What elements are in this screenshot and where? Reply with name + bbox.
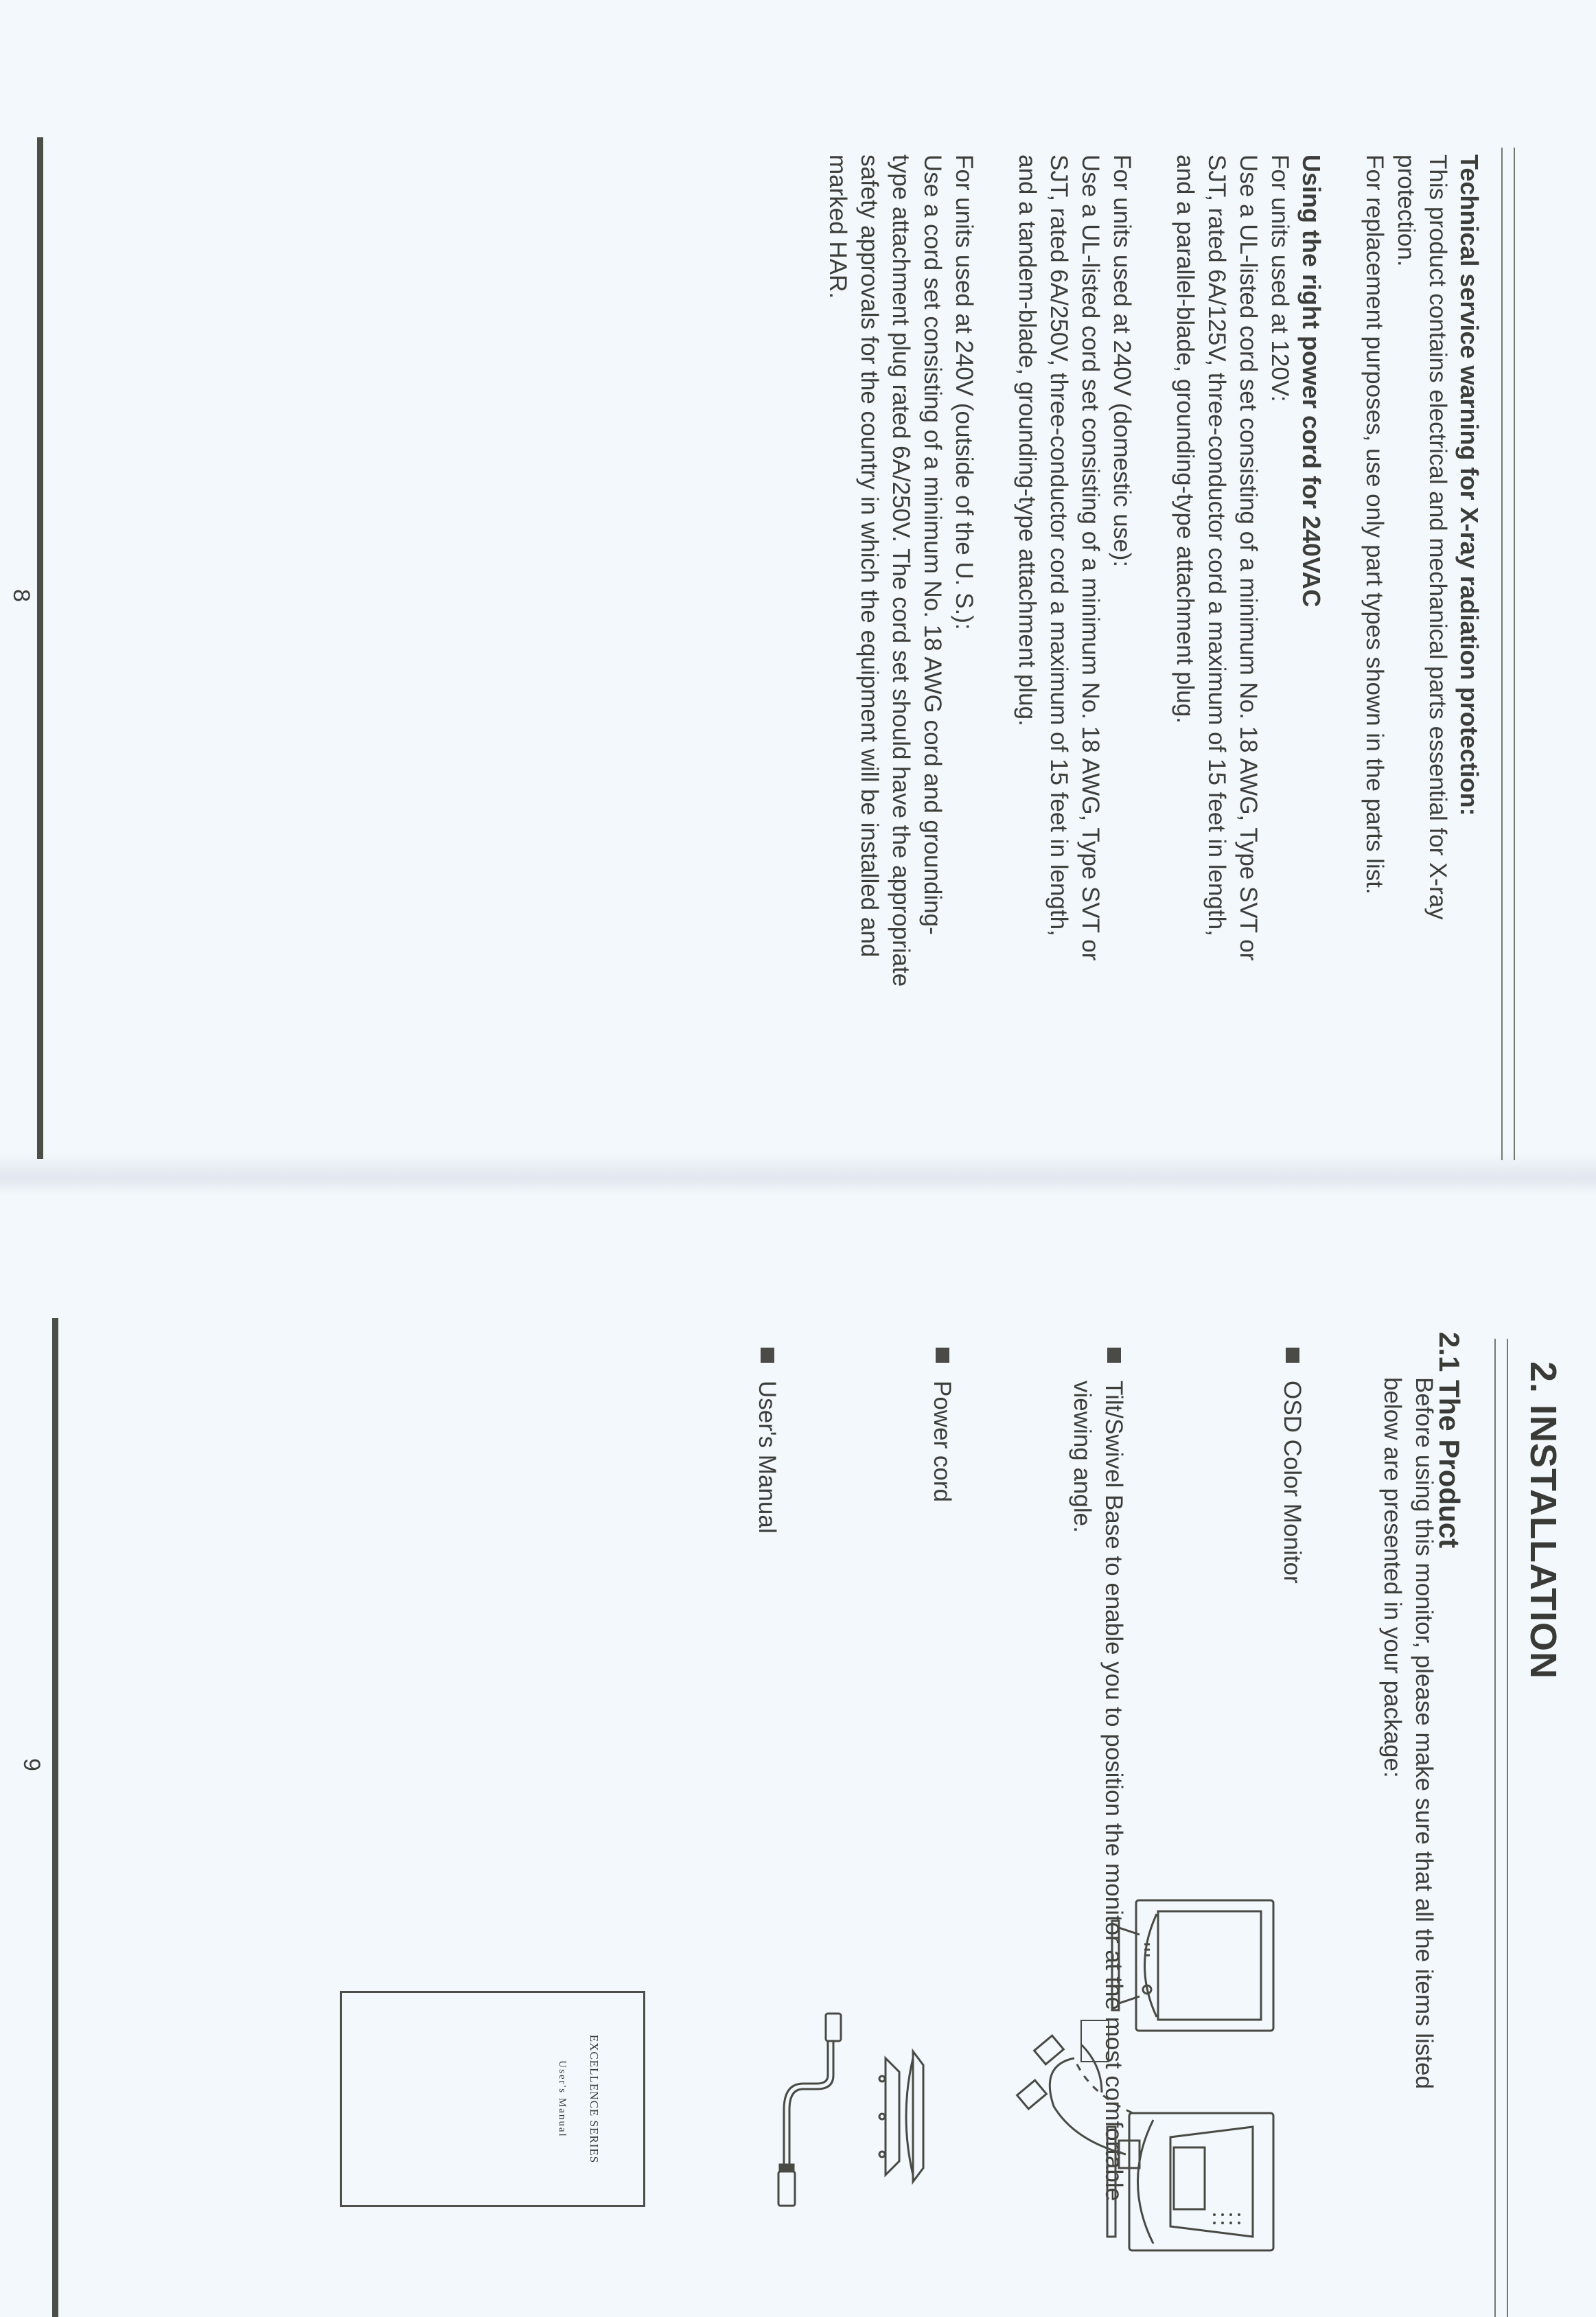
page-9: 2. INSTALLATION 2.1 The Product Before u… bbox=[0, 1159, 1596, 2317]
cord-line: and a parallel-blade, grounding-type att… bbox=[1169, 154, 1201, 1129]
users-manual-illustration: EXCELLENCE SERIES User's Manual bbox=[340, 1991, 645, 2207]
power-cord-heading: Using the right power cord for 240VAC bbox=[1295, 154, 1327, 1129]
cord-line: For units used at 240V (outside of the U… bbox=[948, 154, 980, 1129]
xray-warning-section: Technical service warning for X-ray radi… bbox=[1358, 154, 1485, 1129]
cord-line: and a tandem-blade, grounding-type attac… bbox=[1011, 154, 1043, 1129]
item-label: Power cord bbox=[926, 1381, 958, 2239]
cord-line: SJT, rated 6A/125V, three-conductor cord… bbox=[1201, 154, 1232, 1129]
cord-line: SJT, rated 6A/250V, three-conductor cord… bbox=[1043, 154, 1074, 1129]
cord-line: Use a UL-listed cord set consisting of a… bbox=[1232, 154, 1264, 1129]
xray-line: For replacement purposes, use only part … bbox=[1358, 154, 1390, 1129]
xray-warning-heading: Technical service warning for X-ray radi… bbox=[1453, 154, 1485, 1129]
cord-line: safety approvals for the country in whic… bbox=[853, 154, 885, 1129]
footer-rule bbox=[37, 137, 43, 1159]
square-bullet-icon bbox=[761, 1348, 774, 1363]
cord-line: For units used at 120V: bbox=[1264, 154, 1295, 1129]
power-cord-illustration bbox=[755, 2000, 858, 2220]
square-bullet-icon bbox=[1107, 1348, 1121, 1363]
power-cord-240v-domestic-section: For units used at 240V (domestic use): U… bbox=[1011, 154, 1137, 1129]
page-8-body: Technical service warning for X-ray radi… bbox=[790, 154, 1485, 1129]
square-bullet-icon bbox=[936, 1348, 949, 1363]
cord-line: marked HAR. bbox=[822, 154, 853, 1129]
manual-cover-title: EXCELLENCE SERIES bbox=[587, 1993, 601, 2205]
xray-line: This product contains electrical and mec… bbox=[1422, 154, 1453, 1129]
page-number: 8 bbox=[8, 589, 34, 602]
page-number: 9 bbox=[18, 1758, 45, 1771]
monitor-illustration bbox=[992, 1887, 1280, 2312]
header-double-rule bbox=[1505, 148, 1515, 1160]
cord-line: Use a UL-listed cord set consisting of a… bbox=[1074, 154, 1106, 1129]
cord-line: type attachment plug rated 6A/250V. The … bbox=[885, 154, 916, 1129]
page-8: Technical service warning for X-ray radi… bbox=[0, 0, 1596, 1159]
manual-cover-subtitle: User's Manual bbox=[556, 1993, 568, 2205]
footer-rule bbox=[52, 1318, 58, 2317]
cord-line: For units used at 240V (domestic use): bbox=[1106, 154, 1137, 1129]
item-label: OSD Color Monitor bbox=[1276, 1381, 1308, 2239]
power-cord-120v-section: Using the right power cord for 240VAC Fo… bbox=[1169, 154, 1327, 1129]
power-cord-240v-outside-section: For units used at 240V (outside of the U… bbox=[822, 154, 980, 1129]
square-bullet-icon bbox=[1286, 1348, 1299, 1363]
xray-line: protection. bbox=[1390, 154, 1422, 1129]
cord-line: Use a cord set consisting of a minimum N… bbox=[916, 154, 948, 1129]
